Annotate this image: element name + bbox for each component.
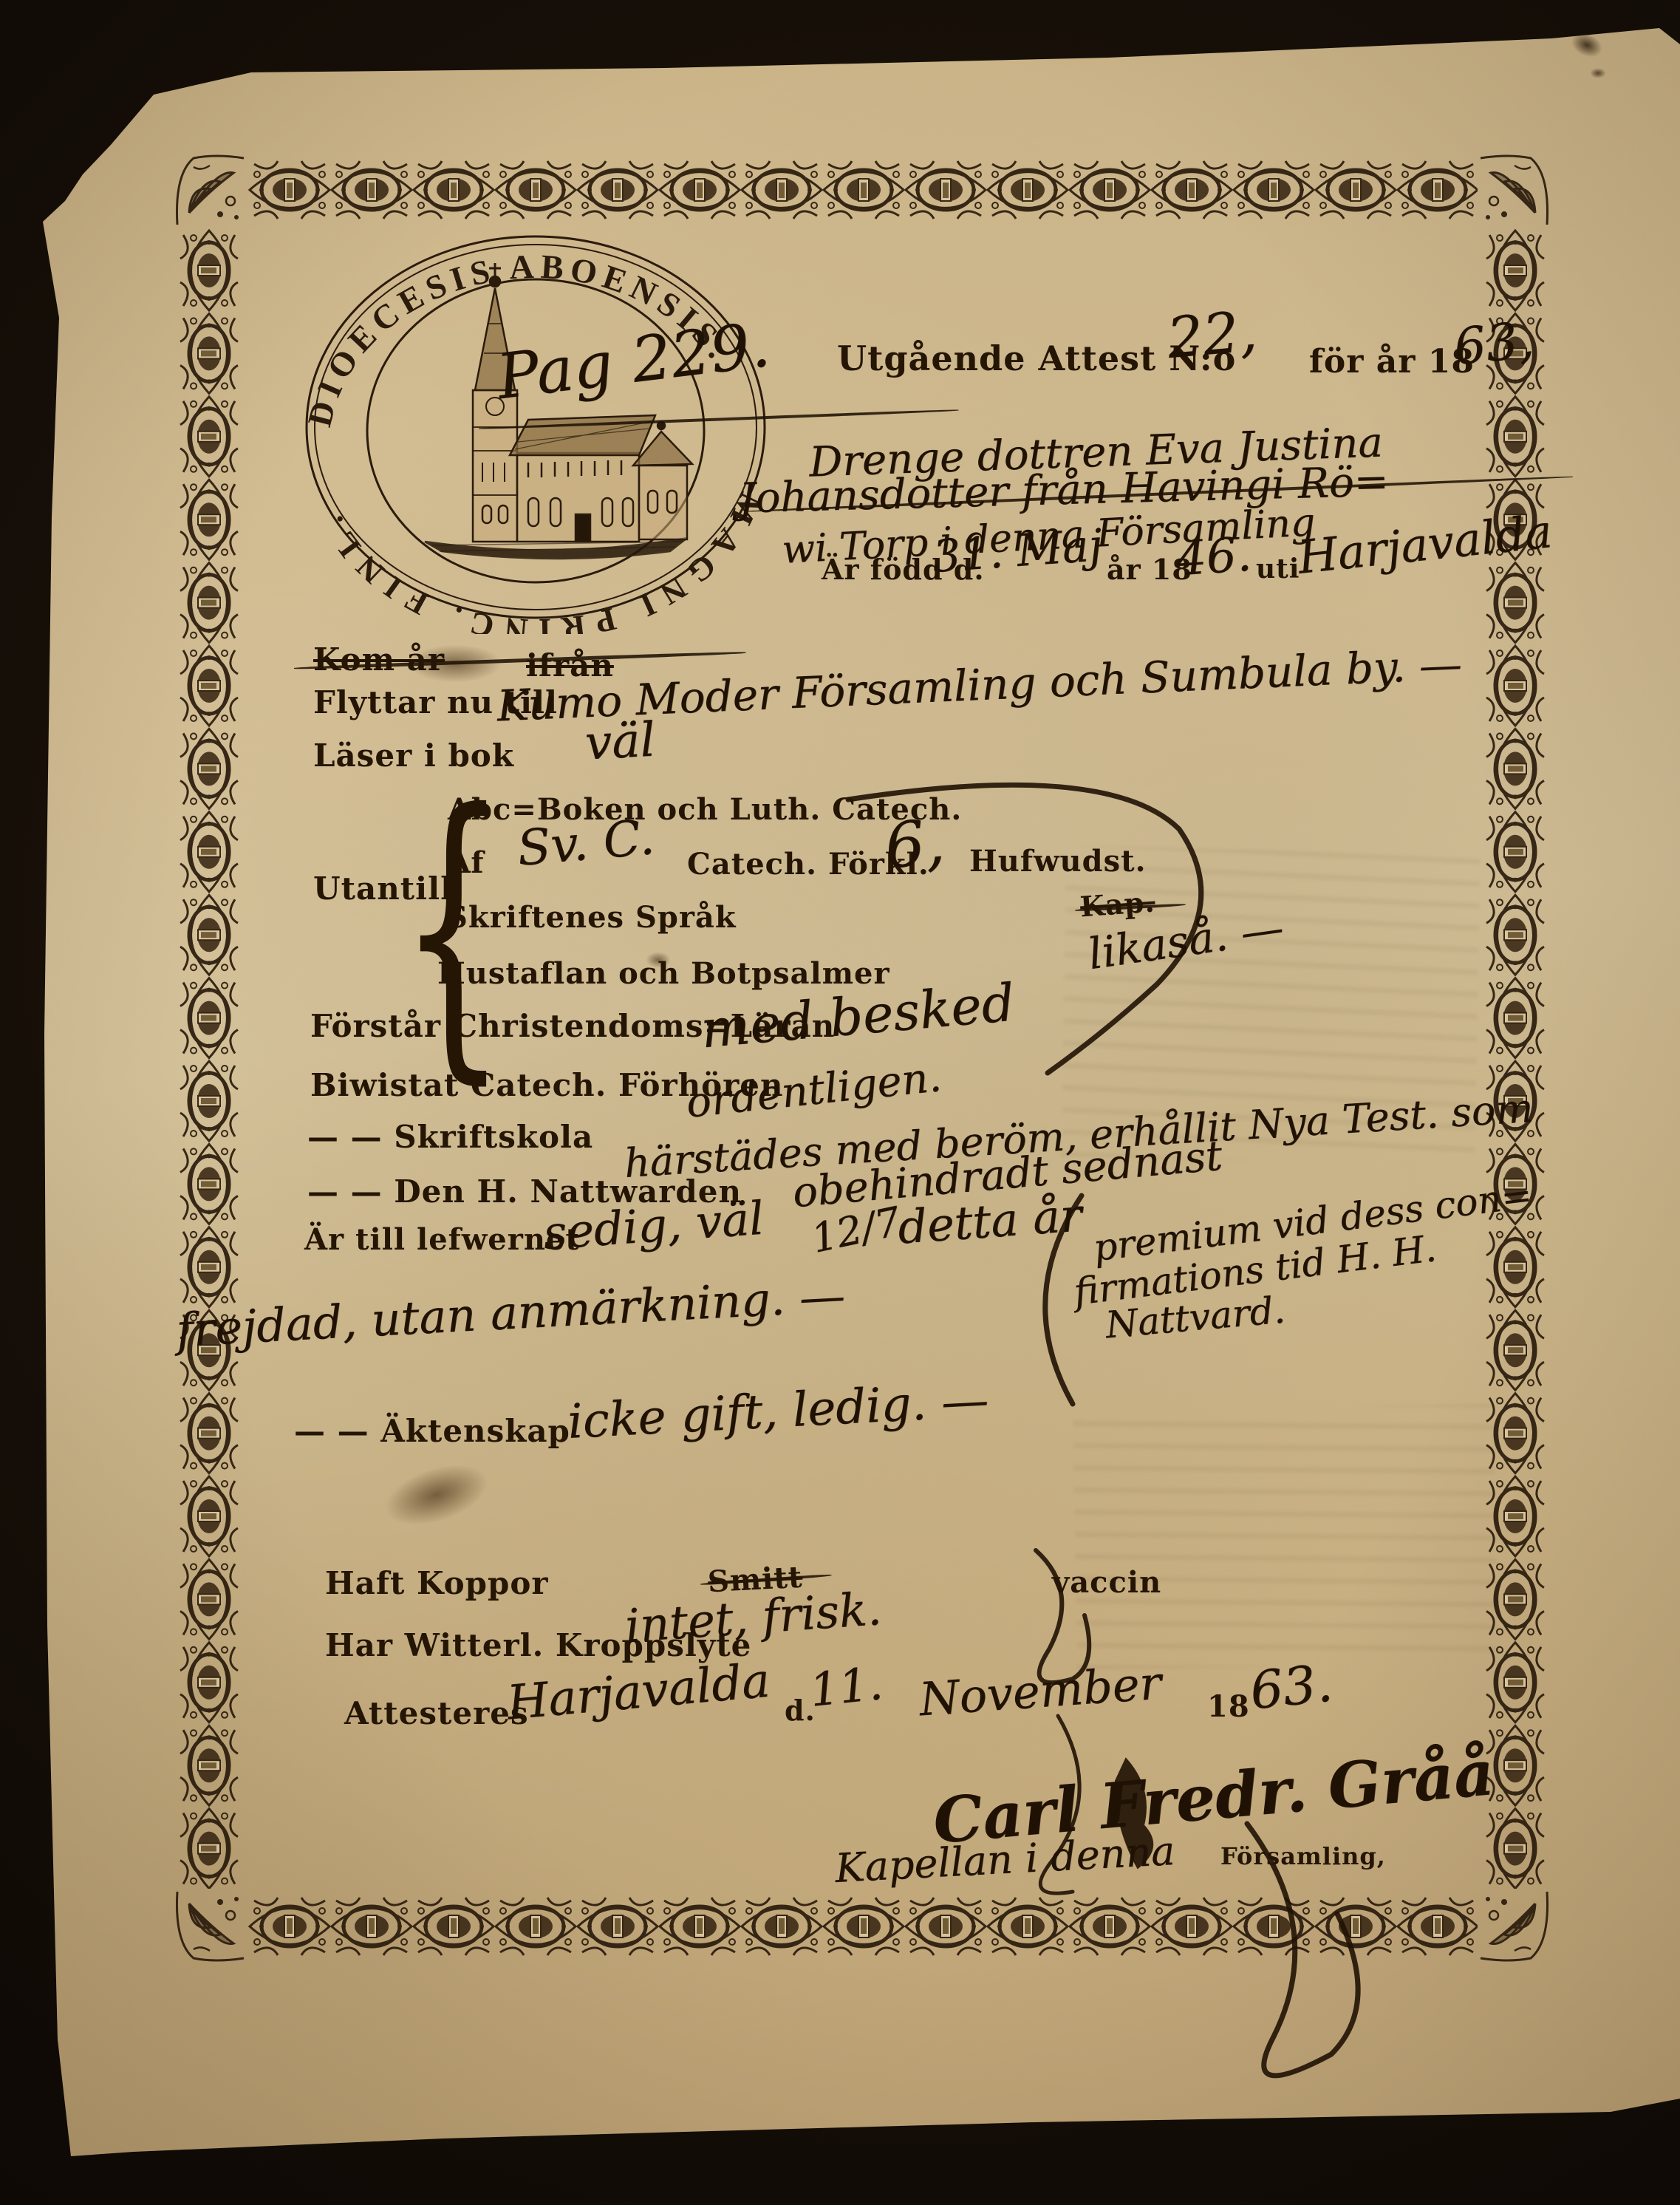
born-date: 31. Maj (931, 523, 1104, 579)
attest-number: 22, (1165, 303, 1259, 367)
signature-title-print: Församling, (1220, 1844, 1386, 1868)
reads-value: väl (584, 717, 656, 768)
born-year: 46. (1175, 531, 1253, 584)
attest-year: 63. (1248, 1657, 1335, 1717)
born-uti-label: uti (1256, 556, 1300, 582)
document-scan: DIOECESIS ABOENSIS. MAGNI PRINC. FINL. (0, 0, 1680, 2205)
attest-label: Attesteres (344, 1698, 529, 1729)
utantill-af-label: Af (448, 848, 485, 878)
attest-day: 11. (807, 1660, 885, 1714)
utantill-row3: Skriftenes Språk (446, 903, 737, 933)
utantill-book-value: Sv. C. (515, 813, 656, 873)
skriftskola-label: — — Skriftskola (307, 1122, 593, 1153)
conduct-label: Är till lefwernet (304, 1225, 580, 1255)
attest-year-prefix: 18 (1207, 1692, 1250, 1722)
utantill-row4: Hustaflan och Botpsalmer (437, 959, 890, 989)
conduct-value2: detta år (896, 1192, 1083, 1250)
attest-year: 63, (1452, 316, 1537, 374)
utantill-label: Utantill (313, 873, 453, 904)
attest-year-prefix: för år 18 (1309, 346, 1475, 378)
utantill-kap-label: Kap. (1079, 888, 1156, 921)
marriage-label: — — Äktenskap (294, 1416, 570, 1447)
came-kom-label: Kom år (313, 644, 445, 675)
utantill-num-value: 6, (882, 811, 946, 878)
pox-label: Haft Koppor (325, 1568, 548, 1599)
pox-vaccin-label: vaccin (1052, 1568, 1161, 1598)
utantill-huf-label: Hufwudst. (969, 847, 1147, 876)
